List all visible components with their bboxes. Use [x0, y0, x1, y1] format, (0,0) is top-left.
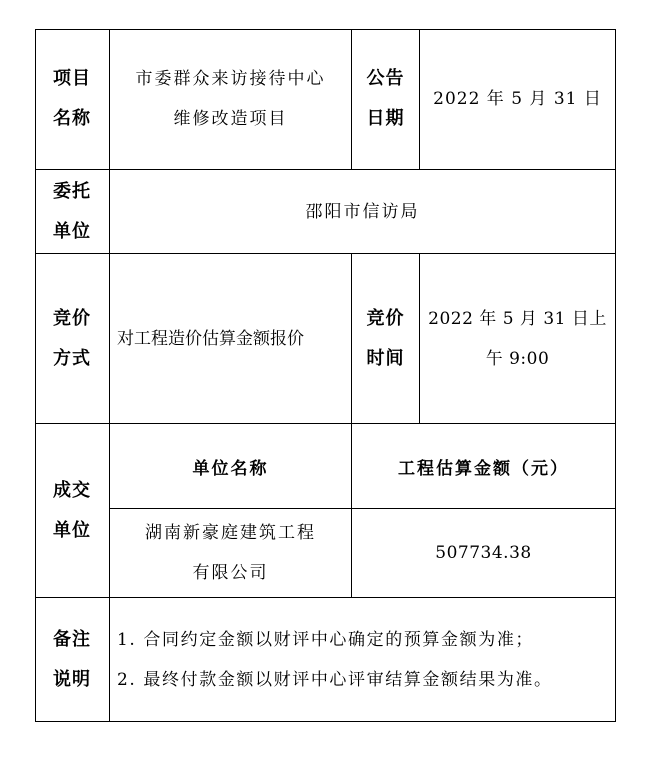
estimated-amount-value: 507734.38 — [352, 509, 615, 597]
project-name-label: 项目 名称 — [35, 29, 109, 169]
announcement-date-value: 2022 年 5 月 31 日 — [420, 29, 615, 169]
label-line: 方式 — [53, 339, 91, 379]
bidding-time-value: 2022 年 5 月 31 日上 午 9:00 — [420, 254, 615, 423]
remark-item: 2. 最终付款金额以财评中心评审结算金额结果为准。 — [117, 660, 553, 700]
label-line: 备注 — [53, 620, 91, 660]
border-right — [615, 29, 616, 722]
winning-unit-label: 成交 单位 — [35, 424, 109, 597]
bidding-method-label: 竞价 方式 — [35, 254, 109, 423]
value-line: 市委群众来访接待中心 — [136, 59, 326, 99]
value-line: 维修改造项目 — [136, 99, 326, 139]
label-line: 竞价 — [53, 299, 91, 339]
label-line: 日期 — [367, 99, 405, 139]
remark-item: 1. 合同约定金额以财评中心确定的预算金额为准； — [117, 620, 553, 660]
label-line: 公告 — [367, 59, 405, 99]
value-line: 2022 年 5 月 31 日上 — [428, 299, 607, 339]
value-line: 有限公司 — [145, 553, 316, 593]
label-line: 说明 — [53, 660, 91, 700]
label-line: 名称 — [53, 99, 91, 139]
value-line: 湖南新豪庭建筑工程 — [145, 513, 316, 553]
announcement-table: 项目 名称 市委群众来访接待中心 维修改造项目 公告 日期 2022 年 5 月… — [35, 29, 616, 722]
company-name-header: 单位名称 — [110, 424, 351, 508]
announcement-date-label: 公告 日期 — [352, 29, 419, 169]
client-value: 邵阳市信访局 — [110, 170, 615, 253]
label-line: 竞价 — [367, 299, 405, 339]
border-bottom — [35, 721, 616, 722]
label-line: 成交 — [53, 471, 91, 511]
client-label: 委托 单位 — [35, 170, 109, 253]
label-line: 委托 — [53, 172, 91, 212]
project-name-value: 市委群众来访接待中心 维修改造项目 — [110, 29, 351, 169]
label-line: 项目 — [53, 59, 91, 99]
label-line: 单位 — [53, 511, 91, 551]
bidding-method-value: 对工程造价估算金额报价 — [117, 254, 351, 423]
remarks-label: 备注 说明 — [35, 598, 109, 721]
remarks-value: 1. 合同约定金额以财评中心确定的预算金额为准； 2. 最终付款金额以财评中心评… — [117, 598, 615, 721]
company-name-value: 湖南新豪庭建筑工程 有限公司 — [110, 509, 351, 597]
bidding-time-label: 竞价 时间 — [352, 254, 419, 423]
estimated-amount-header: 工程估算金额（元） — [352, 424, 615, 508]
label-line: 单位 — [53, 212, 91, 252]
label-line: 时间 — [367, 339, 405, 379]
value-line: 午 9:00 — [428, 339, 607, 379]
